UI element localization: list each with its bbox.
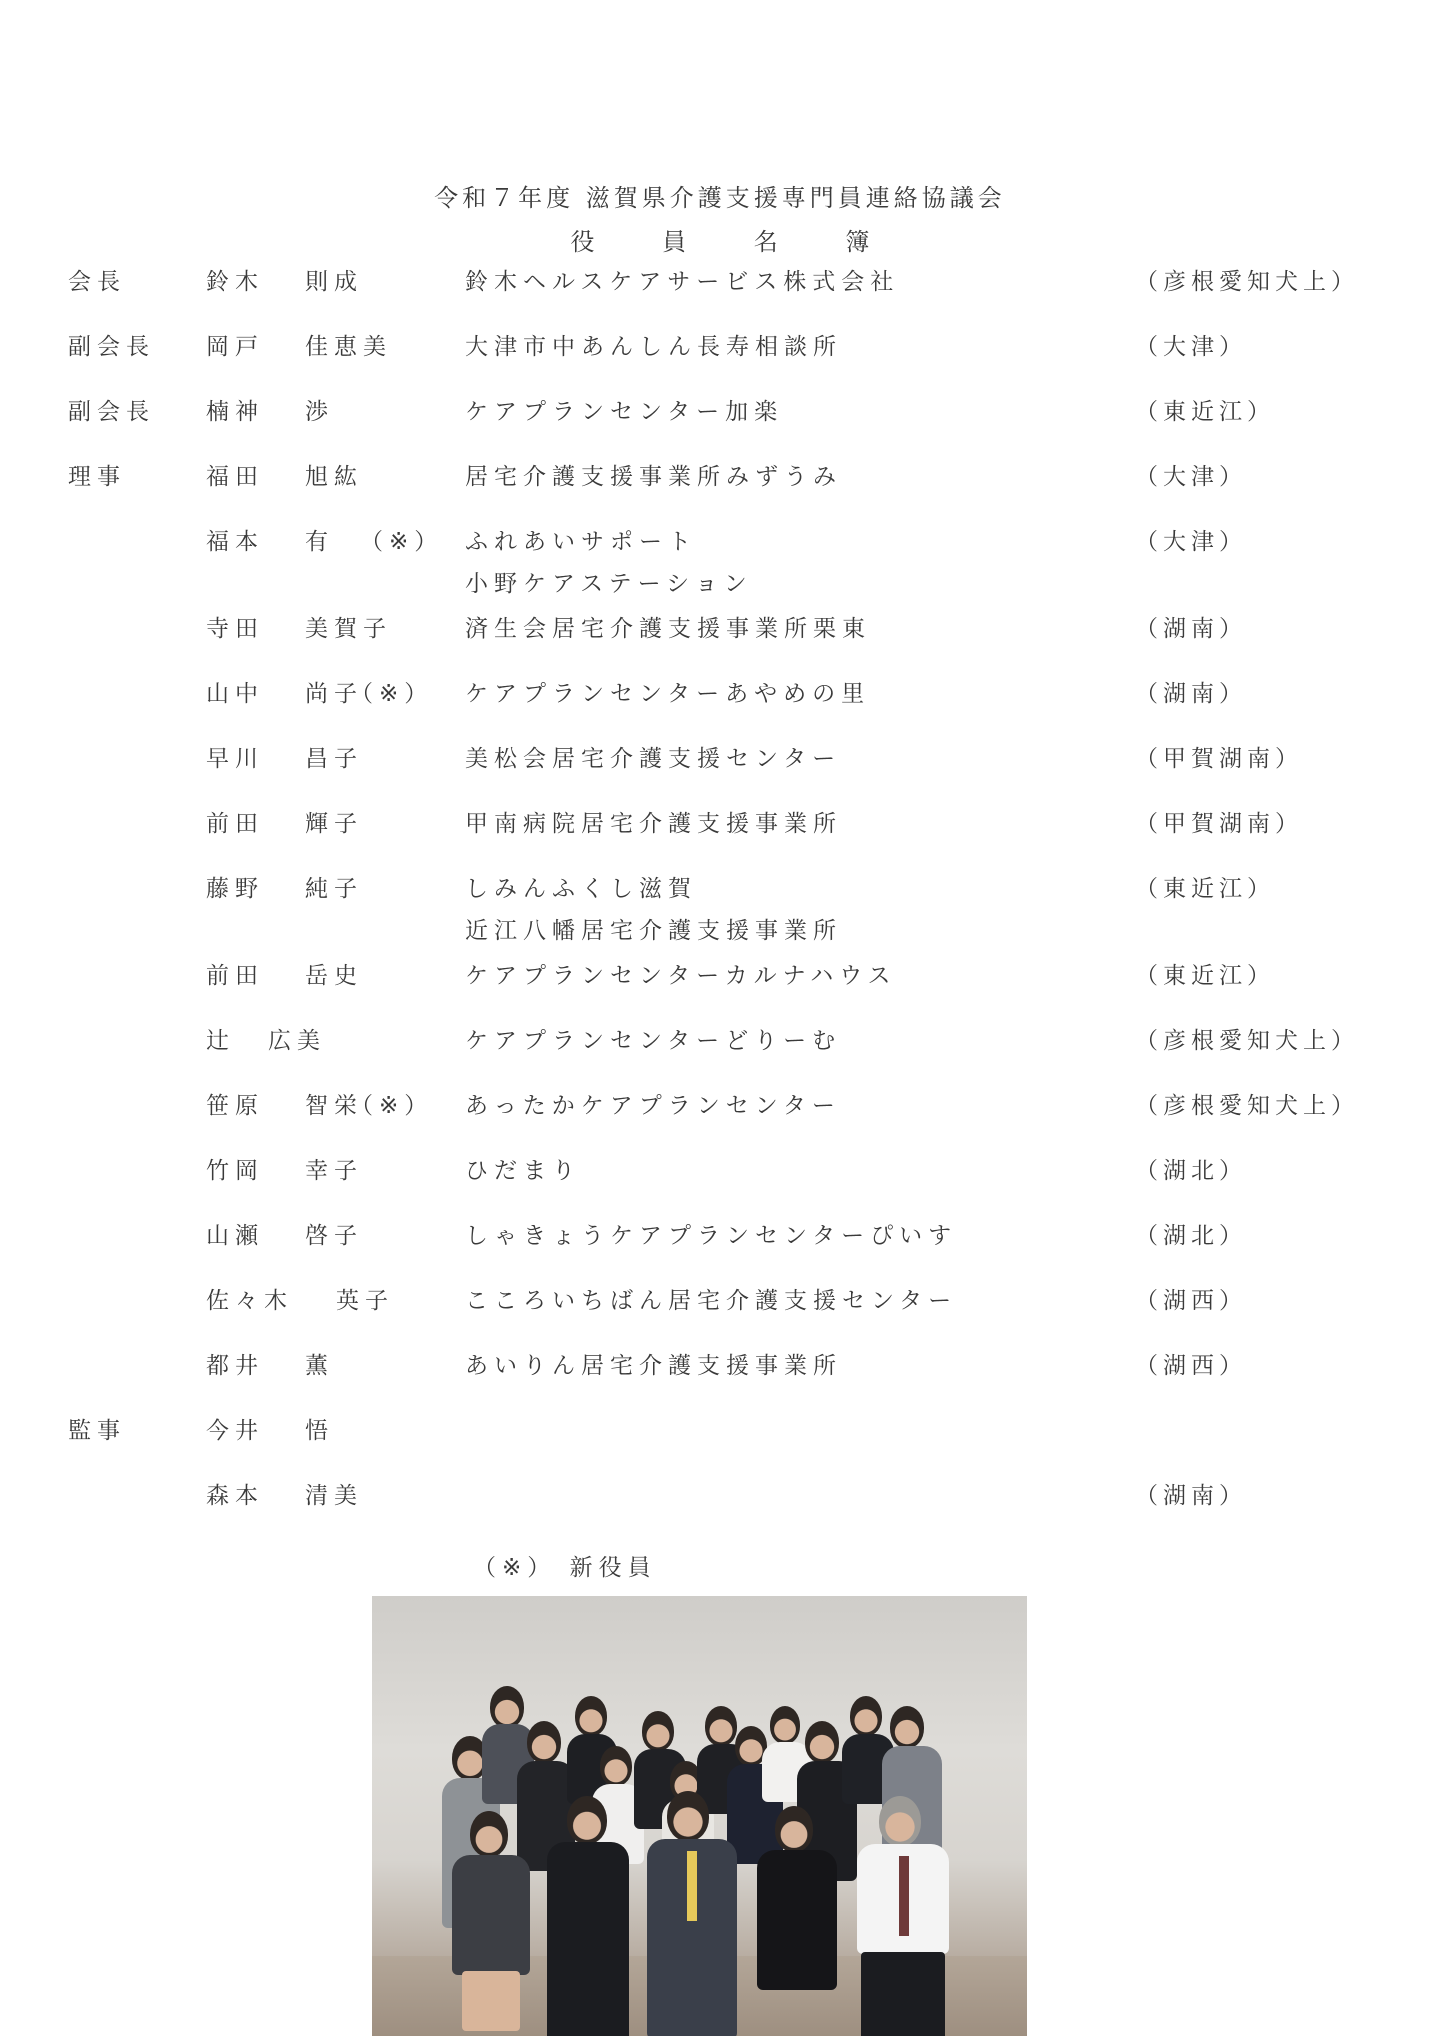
new-officer-mark: （※）	[360, 522, 443, 562]
new-officer-mark: （※）	[350, 674, 433, 714]
surname: 辻	[206, 1021, 235, 1061]
roster-row: 早川 昌子 美松会居宅介護支援センター （甲賀湖南）	[0, 739, 1440, 779]
roster-row: 会長 鈴木 則成 鈴木ヘルスケアサービス株式会社 （彦根愛知犬上）	[0, 262, 1440, 302]
organization: 美松会居宅介護支援センター	[465, 739, 841, 779]
roster-row: 福本 有 （※） ふれあいサポート 小野ケアステーション （大津）	[0, 522, 1440, 606]
roster-row: 前田 輝子 甲南病院居宅介護支援事業所 （甲賀湖南）	[0, 804, 1440, 844]
surname: 山中	[206, 674, 264, 714]
area: （東近江）	[1135, 869, 1275, 909]
given-name: 薫	[305, 1346, 334, 1386]
given-name: 有	[305, 522, 334, 562]
organization: 鈴木ヘルスケアサービス株式会社	[465, 262, 899, 302]
given-name: 広美	[268, 1021, 326, 1061]
organization: ふれあいサポート	[465, 522, 697, 562]
organization: あったかケアプランセンター	[465, 1086, 841, 1126]
given-name: 幸子	[305, 1151, 363, 1191]
organization: しみんふくし滋賀	[465, 869, 697, 909]
roster-row: 森本 清美 （湖南）	[0, 1476, 1440, 1516]
organization-line2: 小野ケアステーション	[465, 564, 753, 604]
area: （大津）	[1135, 457, 1247, 497]
role: 理事	[68, 457, 126, 497]
roster-row: 理事 福田 旭紘 居宅介護支援事業所みずうみ （大津）	[0, 457, 1440, 497]
given-name: 昌子	[305, 739, 363, 779]
surname: 都井	[206, 1346, 264, 1386]
given-name: 美賀子	[305, 609, 392, 649]
area: （湖南）	[1135, 674, 1247, 714]
area: （湖南）	[1135, 1476, 1247, 1516]
roster-row: 笹原 智栄 （※） あったかケアプランセンター （彦根愛知犬上）	[0, 1086, 1440, 1126]
area: （湖北）	[1135, 1216, 1247, 1256]
organization: ひだまり	[465, 1151, 581, 1191]
roster-row: 竹岡 幸子 ひだまり （湖北）	[0, 1151, 1440, 1191]
roster-row: 副会長 楠神 渉 ケアプランセンター加楽 （東近江）	[0, 392, 1440, 432]
area: （甲賀湖南）	[1135, 739, 1303, 779]
surname: 竹岡	[206, 1151, 264, 1191]
organization: しゃきょうケアプランセンターぴいす	[465, 1216, 957, 1256]
roster-row: 佐々木 英子 こころいちばん居宅介護支援センター （湖西）	[0, 1281, 1440, 1321]
given-name: 則成	[305, 262, 363, 302]
area: （東近江）	[1135, 392, 1275, 432]
document-title: 令和７年度 滋賀県介護支援専門員連絡協議会	[0, 178, 1440, 213]
surname: 岡戸	[206, 327, 264, 367]
given-name: 清美	[305, 1476, 363, 1516]
organization: ケアプランセンター加楽	[465, 392, 783, 432]
roster-row: 山中 尚子 （※） ケアプランセンターあやめの里 （湖南）	[0, 674, 1440, 714]
surname: 前田	[206, 956, 264, 996]
surname: 楠神	[206, 392, 264, 432]
surname: 森本	[206, 1476, 264, 1516]
given-name: 悟	[305, 1411, 334, 1451]
surname: 寺田	[206, 609, 264, 649]
surname: 藤野	[206, 869, 264, 909]
surname: 今井	[206, 1411, 264, 1451]
surname: 鈴木	[206, 262, 264, 302]
given-name: 啓子	[305, 1216, 363, 1256]
area: （大津）	[1135, 327, 1247, 367]
given-name: 英子	[336, 1281, 394, 1321]
surname: 山瀬	[206, 1216, 264, 1256]
area: （彦根愛知犬上）	[1135, 1021, 1359, 1061]
role: 副会長	[68, 327, 155, 367]
roster-row: 都井 薫 あいりん居宅介護支援事業所 （湖西）	[0, 1346, 1440, 1386]
organization: ケアプランセンターカルナハウス	[465, 956, 897, 996]
organization: 甲南病院居宅介護支援事業所	[465, 804, 842, 844]
area: （彦根愛知犬上）	[1135, 1086, 1359, 1126]
surname: 福本	[206, 522, 264, 562]
surname: 早川	[206, 739, 264, 779]
new-officer-mark: （※）	[350, 1086, 433, 1126]
organization: こころいちばん居宅介護支援センター	[465, 1281, 957, 1321]
given-name: 輝子	[305, 804, 363, 844]
organization: ケアプランセンターどりーむ	[465, 1021, 841, 1061]
role: 副会長	[68, 392, 155, 432]
organization: あいりん居宅介護支援事業所	[465, 1346, 842, 1386]
role: 会長	[68, 262, 126, 302]
roster-row: 藤野 純子 しみんふくし滋賀 近江八幡居宅介護支援事業所 （東近江）	[0, 869, 1440, 953]
given-name: 岳史	[305, 956, 363, 996]
given-name: 佳恵美	[305, 327, 392, 367]
area: （湖北）	[1135, 1151, 1247, 1191]
roster-row: 副会長 岡戸 佳恵美 大津市中あんしん長寿相談所 （大津）	[0, 327, 1440, 367]
area: （湖西）	[1135, 1346, 1247, 1386]
roster-row: 寺田 美賀子 済生会居宅介護支援事業所栗東 （湖南）	[0, 609, 1440, 649]
surname: 佐々木	[206, 1281, 293, 1321]
organization-line2: 近江八幡居宅介護支援事業所	[465, 911, 842, 951]
surname: 前田	[206, 804, 264, 844]
organization: 大津市中あんしん長寿相談所	[465, 327, 842, 367]
area: （東近江）	[1135, 956, 1275, 996]
roster-row: 監事 今井 悟	[0, 1411, 1440, 1451]
given-name: 純子	[305, 869, 363, 909]
given-name: 旭紘	[305, 457, 363, 497]
group-photo	[372, 1596, 1027, 2036]
area: （湖西）	[1135, 1281, 1247, 1321]
role: 監事	[68, 1411, 126, 1451]
area: （甲賀湖南）	[1135, 804, 1303, 844]
area: （大津）	[1135, 522, 1247, 562]
organization: ケアプランセンターあやめの里	[465, 674, 870, 714]
organization: 済生会居宅介護支援事業所栗東	[465, 609, 871, 649]
area: （彦根愛知犬上）	[1135, 262, 1359, 302]
new-officer-footnote: （※） 新役員	[473, 1548, 657, 1588]
organization: 居宅介護支援事業所みずうみ	[465, 457, 842, 497]
roster-row: 山瀬 啓子 しゃきょうケアプランセンターぴいす （湖北）	[0, 1216, 1440, 1256]
surname: 笹原	[206, 1086, 264, 1126]
surname: 福田	[206, 457, 264, 497]
document-subtitle: 役 員 名 簿	[0, 222, 1440, 257]
area: （湖南）	[1135, 609, 1247, 649]
given-name: 渉	[305, 392, 334, 432]
roster-row: 辻 広美 ケアプランセンターどりーむ （彦根愛知犬上）	[0, 1021, 1440, 1061]
roster-row: 前田 岳史 ケアプランセンターカルナハウス （東近江）	[0, 956, 1440, 996]
